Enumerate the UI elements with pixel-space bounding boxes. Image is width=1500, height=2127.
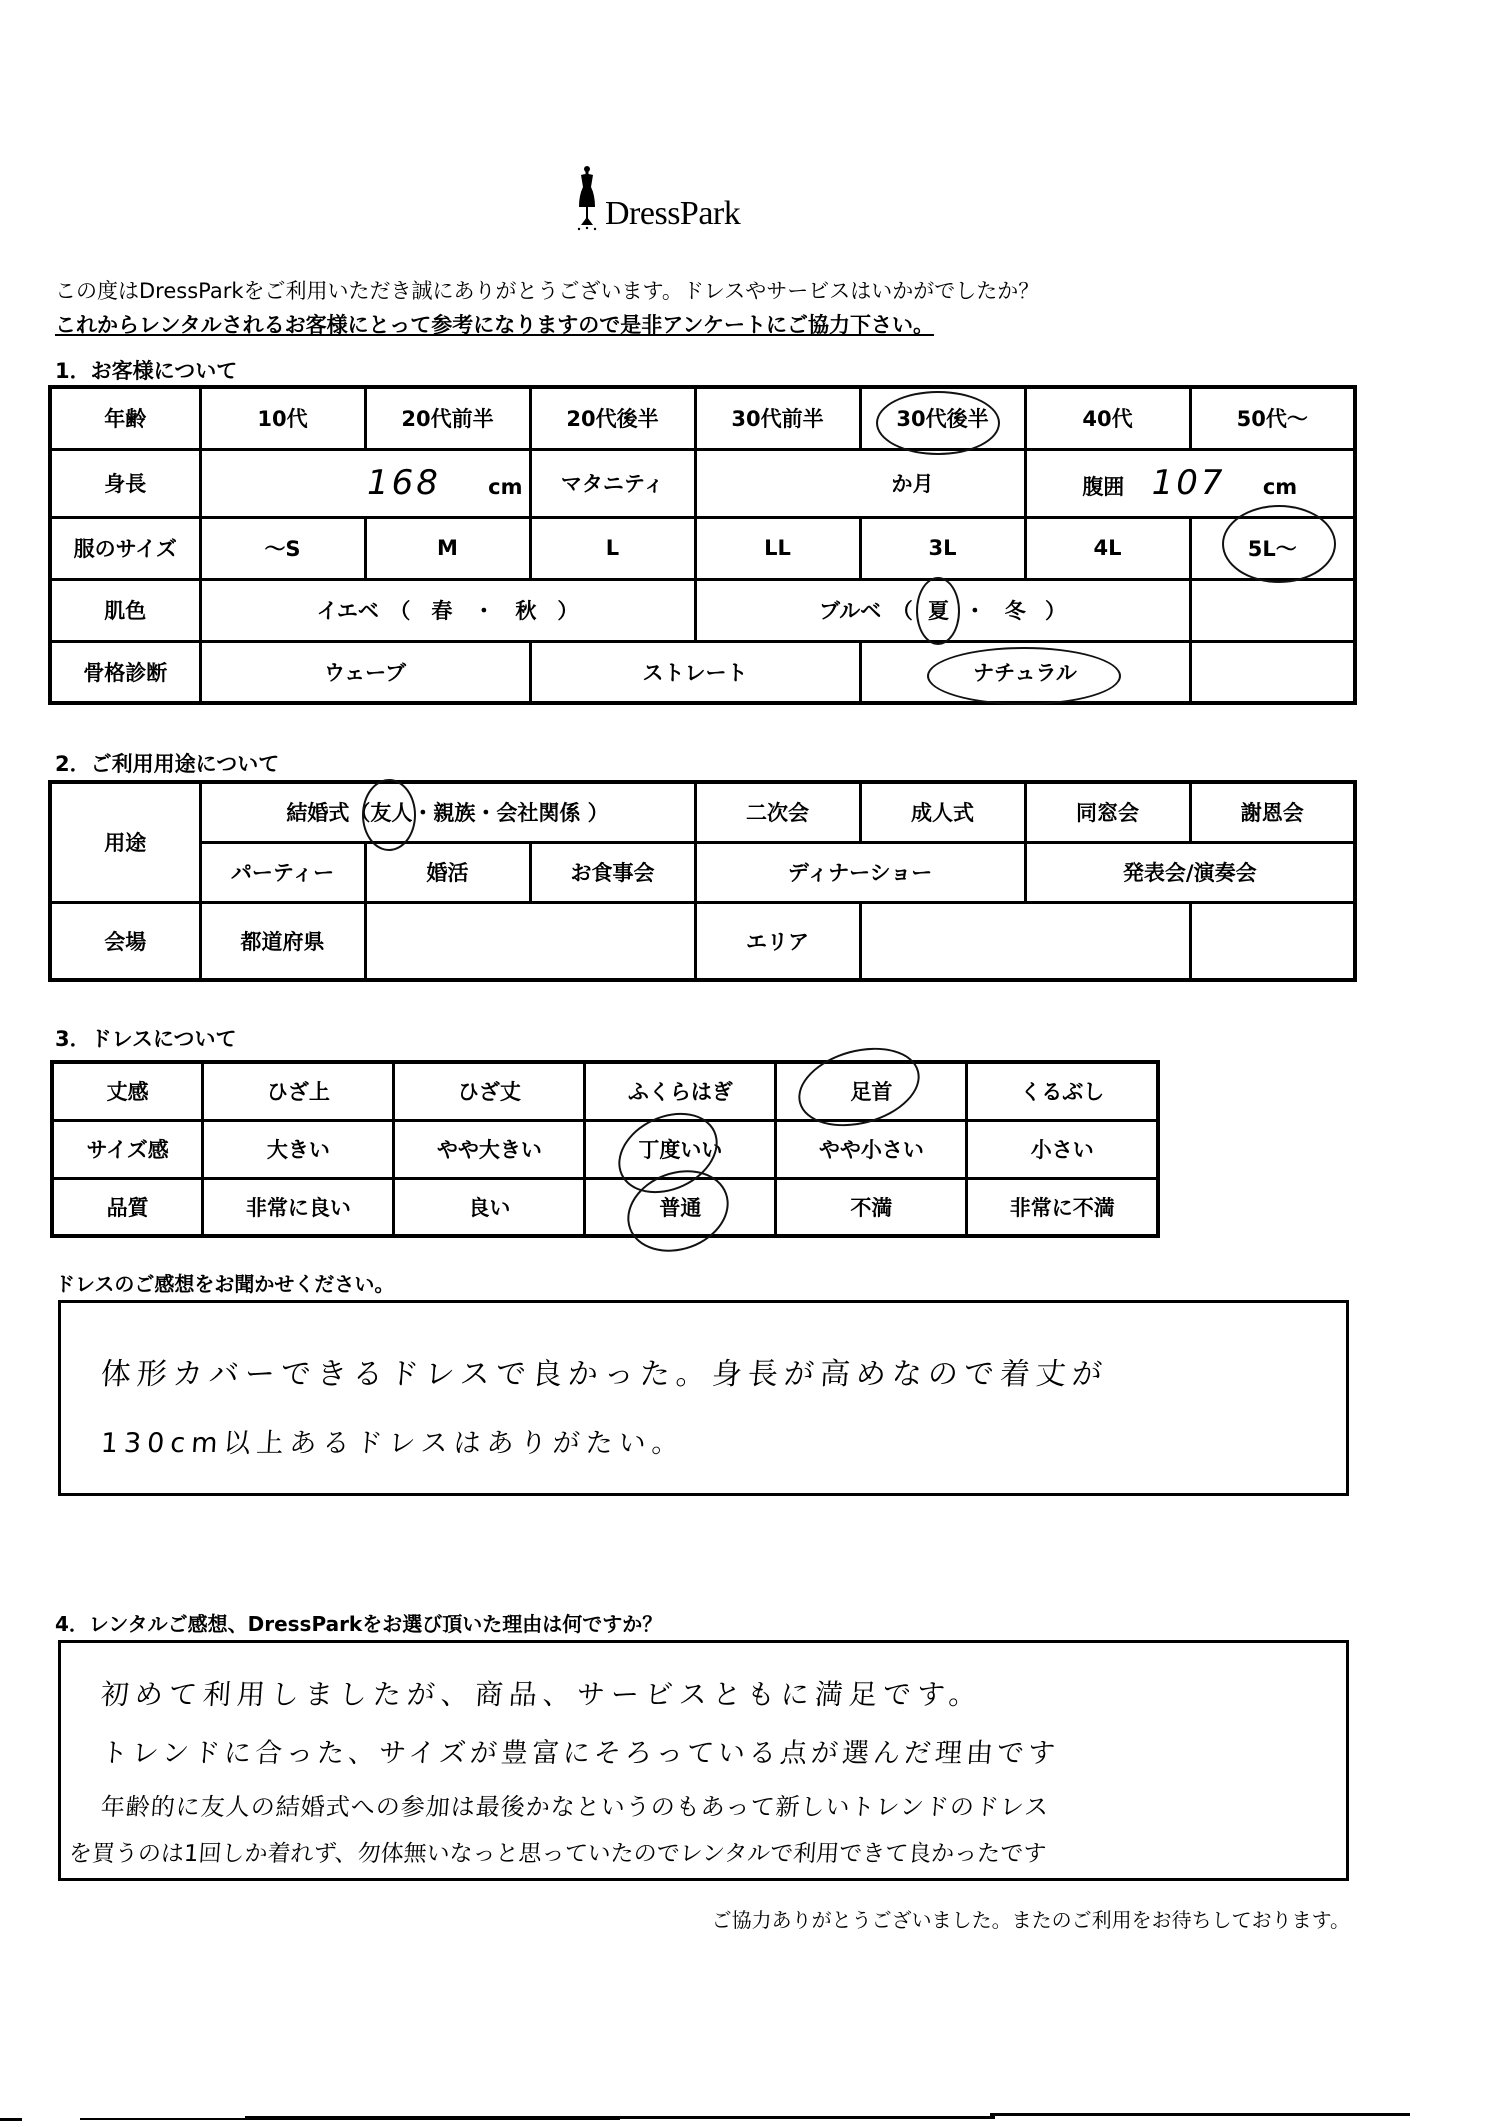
height-unit: cm [488,475,522,499]
intro-text: この度はDressParkをご利用いただき誠にありがとうございます。ドレスやサー… [55,275,1039,305]
height-label: 身長 [50,449,200,517]
prefecture-label: 都道府県 [200,902,365,980]
brand-name: DressPark [605,197,740,231]
waist-field[interactable]: 腹囲 107 cm [1025,449,1355,517]
quality-label: 品質 [52,1178,203,1236]
age-option-label: 30代後半 [896,407,988,431]
age-option[interactable]: 10代 [200,387,365,449]
blue-base-prefix: ブルベ （ [819,599,913,623]
customer-info-table: 年齢 10代 20代前半 20代後半 30代前半 30代後半 40代 50代～ … [48,385,1357,705]
wedding-friend-option[interactable]: 友人 [370,797,412,827]
quality-option-label: 普通 [659,1196,701,1220]
fit-option-label: 丁度いい [638,1138,722,1162]
brand-logo: DressPark [575,165,740,231]
frame-option[interactable]: ウェーブ [200,641,530,703]
rental-comment-line: 初めて利用しましたが、商品、サービスともに満足です。 [100,1673,985,1713]
size-option[interactable]: ～S [200,517,365,579]
blue-winter-option[interactable]: 冬 [1005,599,1026,623]
age-option[interactable]: 30代前半 [695,387,860,449]
quality-option-selected[interactable]: 普通 [585,1178,776,1236]
fit-option[interactable]: やや大きい [394,1120,585,1178]
fit-option[interactable]: 小さい [967,1120,1158,1178]
rental-comment-line: トレンドに合った、サイズが豊富にそろっている点が選んだ理由です [100,1731,1061,1770]
frame-label: 骨格診断 [50,641,200,703]
quality-option[interactable]: 良い [394,1178,585,1236]
age-option[interactable]: 20代前半 [365,387,530,449]
size-option[interactable]: 4L [1025,517,1190,579]
rental-comment-line: 年齢的に友人の結婚式への参加は最後かなというのもあって新しいトレンドのドレス [100,1787,1051,1822]
purpose-option[interactable]: 婚活 [365,842,530,902]
size-row: 服のサイズ ～S M L LL 3L 4L 5L～ [50,517,1355,579]
quality-option[interactable]: 非常に不満 [967,1178,1158,1236]
dress-comment-line: 130cm以上あるドレスはありがたい。 [100,1421,687,1460]
length-option[interactable]: ひざ丈 [394,1062,585,1120]
prefecture-input[interactable] [365,902,695,980]
blue-base-suffix: ） [1045,599,1066,623]
purpose-option[interactable]: お食事会 [530,842,695,902]
fit-option[interactable]: 大きい [203,1120,394,1178]
waist-label: 腹囲 [1082,475,1124,499]
frame-option-label: ナチュラル [973,661,1077,685]
maternity-field[interactable]: か月 [695,449,1025,517]
scan-edge-line [245,2116,995,2119]
frame-row: 骨格診断 ウェーブ ストレート ナチュラル [50,641,1355,703]
skin-yellow-base[interactable]: イエベ （ 春 ・ 秋 ） [200,579,695,641]
scan-edge-line [990,2113,1410,2116]
purpose-option[interactable]: ディナーショー [695,842,1025,902]
length-option[interactable]: ふくらはぎ [585,1062,776,1120]
frame-option-selected[interactable]: ナチュラル [860,641,1190,703]
purpose-option[interactable]: 謝恩会 [1190,782,1355,842]
skin-row: 肌色 イエベ （ 春 ・ 秋 ） ブルベ （ 夏 ・ 冬 ） [50,579,1355,641]
fit-option[interactable]: やや小さい [776,1120,967,1178]
purpose-option[interactable]: 二次会 [695,782,860,842]
area-input[interactable] [860,902,1190,980]
size-label: 服のサイズ [50,517,200,579]
wedding-prefix: 結婚式（ [286,801,370,825]
venue-label: 会場 [50,902,200,980]
dress-comment-line: 体形カバーできるドレスで良かった。身長が高めなので着丈が [99,1349,1109,1393]
maternity-label: マタニティ [530,449,695,517]
waist-unit: cm [1263,475,1297,499]
size-option[interactable]: LL [695,517,860,579]
purpose-option[interactable]: 発表会/演奏会 [1025,842,1355,902]
length-option[interactable]: ひざ上 [203,1062,394,1120]
size-option-selected[interactable]: 5L～ [1190,517,1355,579]
wedding-friend-label: 友人 [370,801,412,825]
frame-option[interactable]: ストレート [530,641,860,703]
section2-title: 2．ご利用用途について [55,748,279,778]
size-option-label: 5L～ [1248,537,1297,561]
dress-mannequin-icon [575,165,599,231]
age-row: 年齢 10代 20代前半 20代後半 30代前半 30代後半 40代 50代～ [50,387,1355,449]
age-label: 年齢 [50,387,200,449]
maternity-unit: か月 [892,472,934,496]
purpose-option[interactable]: 同窓会 [1025,782,1190,842]
length-option[interactable]: くるぶし [967,1062,1158,1120]
purpose-option[interactable]: 成人式 [860,782,1025,842]
empty-cell [1190,902,1355,980]
rental-comment-line: を買うのは1回しか着れず、勿体無いなっと思っていたのでレンタルで利用できて良かっ… [68,1835,1048,1868]
length-option-selected[interactable]: 足首 [776,1062,967,1120]
blue-summer-option[interactable]: 夏 [928,595,949,625]
intro-request: これからレンタルされるお客様にとって参考になりますので是非アンケートにご協力下さ… [55,309,934,339]
purpose-label: 用途 [50,782,200,902]
scan-edge-line [0,2118,22,2121]
waist-value: 107 [1152,463,1226,503]
size-option[interactable]: M [365,517,530,579]
empty-cell [1190,641,1355,703]
dress-table: 丈感 ひざ上 ひざ丈 ふくらはぎ 足首 くるぶし サイズ感 大きい やや大きい … [50,1060,1160,1238]
usage-table: 用途 結婚式（友人・親族・会社関係 ） 二次会 成人式 同窓会 謝恩会 パーティ… [48,780,1357,982]
height-field[interactable]: 168 cm [200,449,530,517]
section1-title: 1．お客様について [55,355,237,385]
size-option[interactable]: 3L [860,517,1025,579]
length-option-label: 足首 [850,1080,892,1104]
section4-title: 4．レンタルご感想、DressParkをお選び頂いた理由は何ですか？ [55,1608,662,1637]
skin-blue-base[interactable]: ブルベ （ 夏 ・ 冬 ） [695,579,1190,641]
wedding-option[interactable]: 結婚式（友人・親族・会社関係 ） [200,782,695,842]
age-option[interactable]: 50代～ [1190,387,1355,449]
blue-separator: ・ [964,599,985,623]
footer-thanks: ご協力ありがとうございました。またのご利用をお待ちしております。 [712,1904,1350,1933]
purpose-option[interactable]: パーティー [200,842,365,902]
age-option[interactable]: 40代 [1025,387,1190,449]
empty-cell [1190,579,1355,641]
quality-option[interactable]: 不満 [776,1178,967,1236]
blue-summer-label: 夏 [928,599,949,623]
area-label: エリア [695,902,860,980]
height-value: 168 [367,463,441,503]
fit-option-selected[interactable]: 丁度いい [585,1120,776,1178]
size-option[interactable]: L [530,517,695,579]
wedding-rest: ・親族・会社関係 ） [412,801,608,825]
section3-title: 3．ドレスについて [55,1023,237,1053]
fit-label: サイズ感 [52,1120,203,1178]
quality-option[interactable]: 非常に良い [203,1178,394,1236]
age-option[interactable]: 20代後半 [530,387,695,449]
dress-comment-box[interactable]: 体形カバーできるドレスで良かった。身長が高めなので着丈が 130cm以上あるドレ… [58,1300,1349,1496]
dress-comment-prompt: ドレスのご感想をお聞かせください。 [55,1268,394,1297]
rental-comment-box[interactable]: 初めて利用しましたが、商品、サービスともに満足です。 トレンドに合った、サイズが… [58,1640,1349,1881]
height-row: 身長 168 cm マタニティ か月 腹囲 107 cm [50,449,1355,517]
skin-label: 肌色 [50,579,200,641]
age-option-selected[interactable]: 30代後半 [860,387,1025,449]
length-label: 丈感 [52,1062,203,1120]
